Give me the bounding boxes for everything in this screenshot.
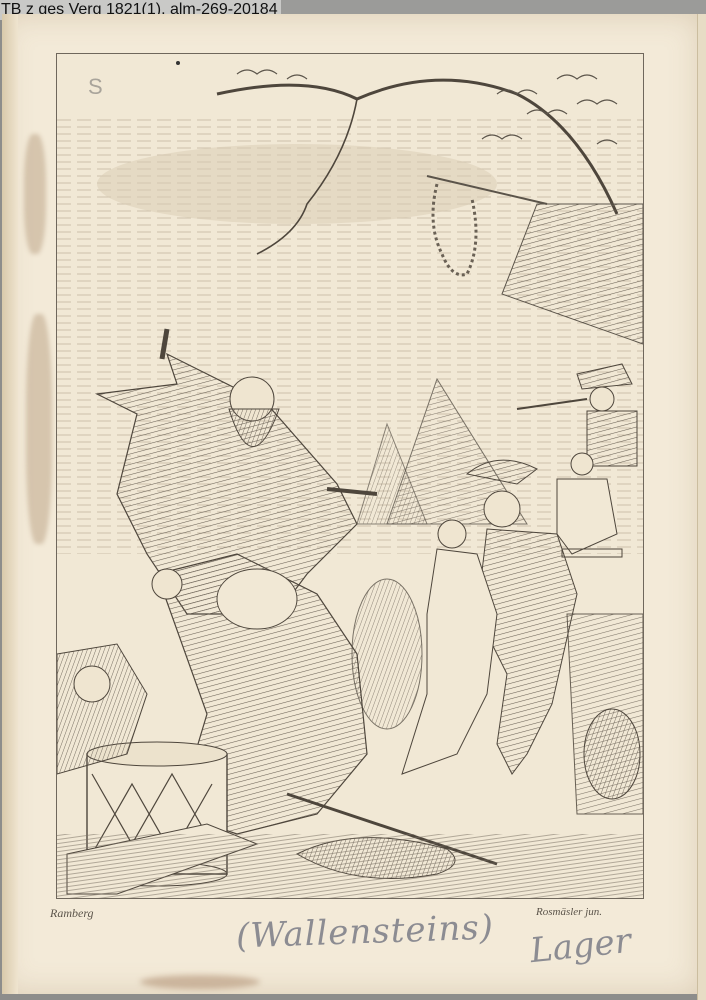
page-gutter xyxy=(2,14,18,994)
foxing-stain xyxy=(24,134,46,254)
engraving-illustration xyxy=(57,54,643,898)
engraving-plate xyxy=(56,53,644,899)
artist-caption: Ramberg xyxy=(50,906,94,921)
foxing-stain xyxy=(26,314,52,544)
stain xyxy=(140,975,260,989)
page-edge xyxy=(697,14,706,1000)
engraver-caption: Rosmäsler jun. xyxy=(536,906,602,918)
ink-dot xyxy=(176,61,180,65)
library-stamp: S xyxy=(88,74,103,100)
